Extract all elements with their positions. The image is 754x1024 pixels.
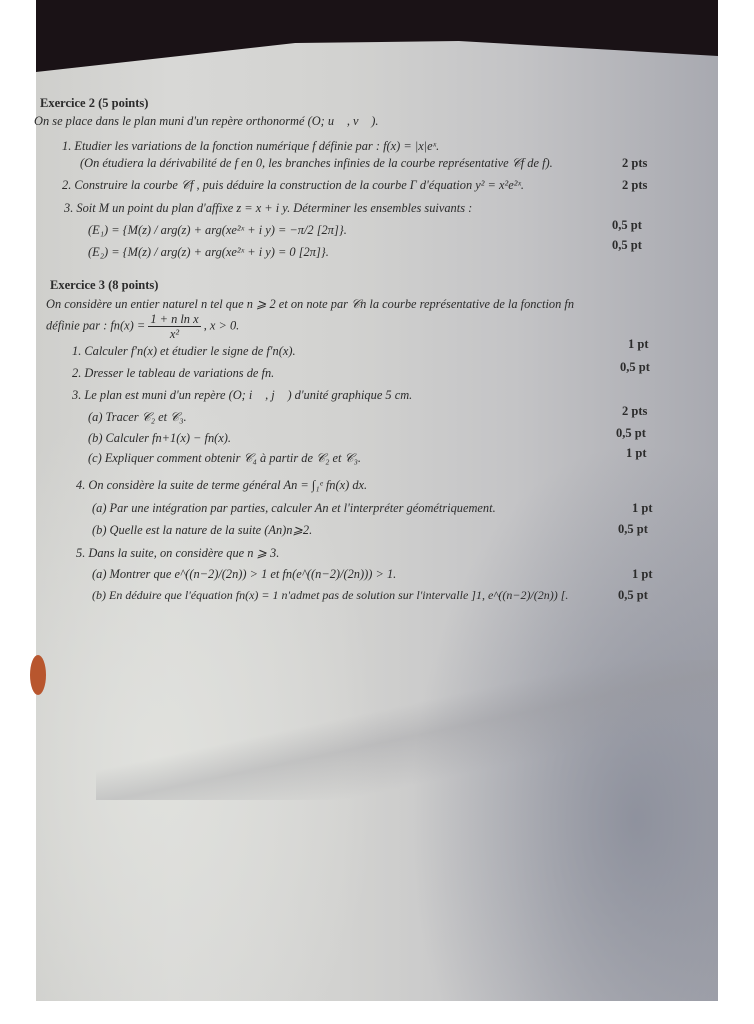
ex3-question-2: 2. Dresser le tableau de variations de f…	[72, 366, 274, 381]
definition-suffix: , x > 0.	[204, 318, 240, 332]
exercise-2-intro: On se place dans le plan muni d'un repèr…	[34, 114, 378, 129]
ex3-q3a-points: 2 pts	[622, 404, 647, 419]
ex2-question-3: 3. Soit M un point du plan d'affixe z = …	[64, 201, 472, 216]
ex3-q2-points: 0,5 pt	[620, 360, 650, 375]
ex3-q4b-points: 0,5 pt	[618, 522, 648, 537]
exercise-title: Exercice 3	[50, 278, 105, 292]
exercise-2-heading: Exercice 2 (5 points)	[40, 96, 148, 111]
ex2-question-2: 2. Construire la courbe 𝒞f , puis déduir…	[62, 178, 524, 193]
ex2-question-1-note: (On étudiera la dérivabilité de f en 0, …	[80, 156, 553, 171]
ex3-question-3a: (a) Tracer 𝒞₂ et 𝒞₃.	[88, 410, 187, 425]
dark-background-strip	[36, 0, 718, 72]
ex3-question-3: 3. Le plan est muni d'un repère (O; i⃗ ,…	[72, 388, 412, 403]
exercise-points: (5 points)	[98, 96, 148, 110]
exercise-3-intro: On considère un entier naturel n tel que…	[46, 296, 574, 312]
ex3-question-5a: (a) Montrer que e^((n−2)/(2n)) > 1 et fn…	[92, 567, 396, 582]
ex3-q5a-points: 1 pt	[632, 567, 653, 582]
ex3-question-3b: (b) Calculer fn+1(x) − fn(x).	[88, 431, 231, 446]
finger-edge	[30, 655, 46, 695]
ex3-question-4: 4. On considère la suite de terme généra…	[76, 478, 367, 493]
ex3-question-4b: (b) Quelle est la nature de la suite (An…	[92, 522, 312, 538]
ex2-q1-points: 2 pts	[622, 156, 647, 171]
ex2-q2-points: 2 pts	[622, 178, 647, 193]
ex3-q5b-points: 0,5 pt	[618, 588, 648, 603]
ex3-question-3c: (c) Expliquer comment obtenir 𝒞₄ à parti…	[88, 451, 361, 466]
fraction-numerator: 1 + n ln x	[148, 312, 200, 327]
ex3-q4a-points: 1 pt	[632, 501, 653, 516]
ex3-question-5b: (b) En déduire que l'équation fn(x) = 1 …	[92, 588, 568, 603]
ex3-question-4a: (a) Par une intégration par parties, cal…	[92, 501, 496, 516]
exercise-3-heading: Exercice 3 (8 points)	[50, 278, 158, 293]
ex3-q3c-points: 1 pt	[626, 446, 647, 461]
ex2-e2-points: 0,5 pt	[612, 238, 642, 253]
ex3-question-1: 1. Calculer f′n(x) et étudier le signe d…	[72, 344, 296, 359]
exercise-3-definition: définie par : fn(x) = 1 + n ln x x² , x …	[46, 312, 239, 341]
ex3-q3b-points: 0,5 pt	[616, 426, 646, 441]
ex2-set-e2: (E₂) = {M(z) / arg(z) + arg(xe²ˣ + i y) …	[88, 245, 329, 260]
fraction-denominator: x²	[148, 327, 200, 341]
ex2-set-e1: (E₁) = {M(z) / arg(z) + arg(xe²ˣ + i y) …	[88, 223, 347, 238]
ex2-e1-points: 0,5 pt	[612, 218, 642, 233]
ex3-q1-points: 1 pt	[628, 337, 649, 352]
definition-fraction: 1 + n ln x x²	[148, 312, 200, 341]
exercise-title: Exercice 2	[40, 96, 95, 110]
paper-fold-shadow	[96, 660, 718, 800]
ex3-question-5: 5. Dans la suite, on considère que n ⩾ 3…	[76, 545, 279, 561]
definition-prefix: définie par : fn(x) =	[46, 318, 145, 332]
ex2-question-1: 1. Etudier les variations de la fonction…	[62, 139, 439, 154]
exercise-points: (8 points)	[108, 278, 158, 292]
